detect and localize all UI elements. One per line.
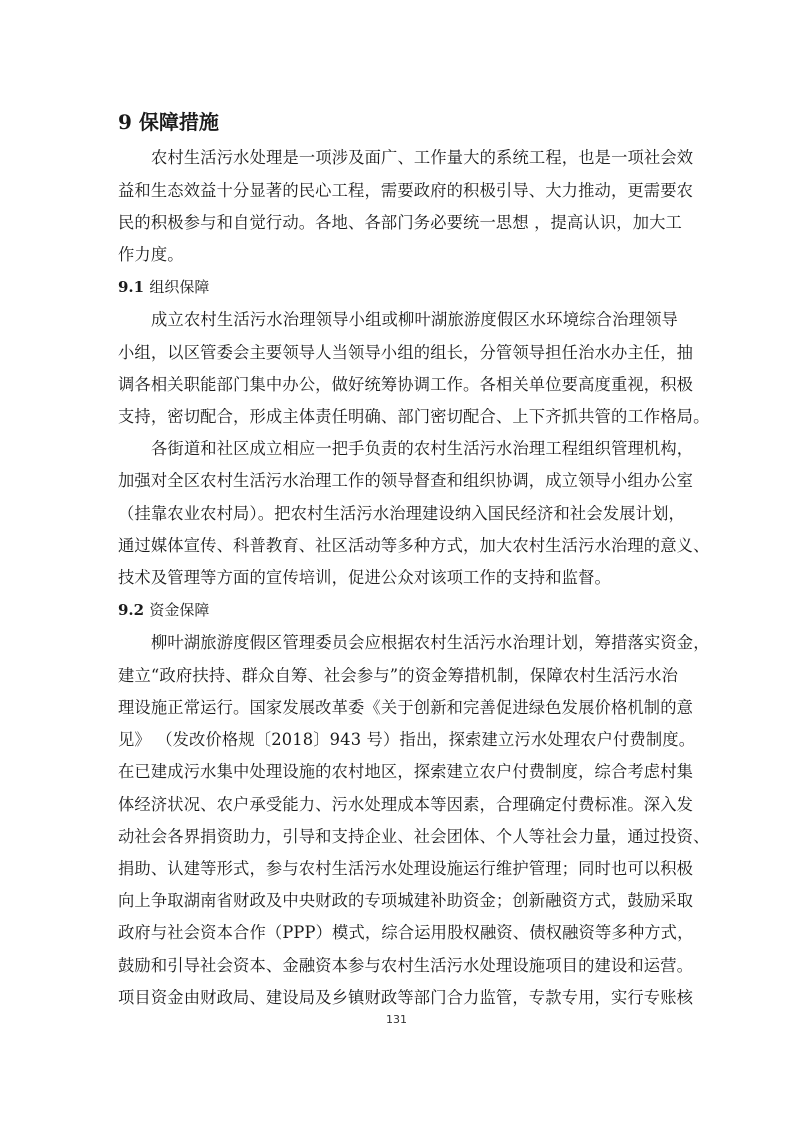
paragraph-line: 在已建成污水集中处理设施的农村地区，探索建立农户付费制度，综合考虑村集	[118, 762, 678, 782]
paragraph-line: 捐助、认建等形式，参与农村生活污水处理设施运行维护管理；同时也可以积极	[118, 859, 678, 879]
paragraph-line: 通过媒体宣传、科普教育、社区活动等多种方式，加大农村生活污水治理的意义、	[118, 536, 678, 556]
subsection-number: 9.2	[118, 601, 144, 619]
subsection-title: 资金保障	[149, 601, 209, 619]
document-page: 9 保障措施 农村生活污水处理是一项涉及面广、工作量大的系统工程，也是一项社会效…	[0, 0, 793, 1122]
subsection-heading-9-2: 9.2 资金保障	[118, 599, 209, 620]
paragraph-line: 调各相关职能部门集中办公，做好统筹协调工作。各相关单位要高度重视，积极	[118, 375, 678, 395]
paragraph-line: 向上争取湖南省财政及中央财政的专项城建补助资金；创新融资方式，鼓励采取	[118, 891, 678, 911]
page-number: 131	[0, 1013, 793, 1026]
paragraph-line: 鼓励和引导社会资本、金融资本参与农村生活污水处理设施项目的建设和运营。	[118, 956, 678, 976]
paragraph-line: 小组，以区管委会主要领导人当领导小组的组长，分管领导担任治水办主任，抽	[118, 343, 678, 363]
section-title: 9 保障措施	[118, 106, 219, 135]
subsection-heading-9-1: 9.1 组织保障	[118, 276, 209, 297]
paragraph-line: 见》 （发改价格规〔2018〕943 号）指出，探索建立污水处理农户付费制度。	[118, 730, 678, 750]
paragraph-line: 成立农村生活污水治理领导小组或柳叶湖旅游度假区水环境综合治理领导	[151, 310, 678, 330]
paragraph-line: 各街道和社区成立相应一把手负责的农村生活污水治理工程组织管理机构，	[151, 439, 678, 459]
paragraph-line: 政府与社会资本合作（PPP）模式，综合运用股权融资、债权融资等多种方式，	[118, 923, 678, 943]
paragraph-line: 建立“政府扶持、群众自筹、社会参与”的资金筹措机制，保障农村生活污水治	[118, 666, 678, 686]
paragraph-line: 体经济状况、农户承受能力、污水处理成本等因素，合理确定付费标准。深入发	[118, 795, 678, 815]
paragraph-line: 支持，密切配合，形成主体责任明确、部门密切配合、上下齐抓共管的工作格局。	[118, 407, 678, 427]
paragraph-line: 农村生活污水处理是一项涉及面广、工作量大的系统工程，也是一项社会效	[151, 148, 678, 168]
paragraph-line: 益和生态效益十分显著的民心工程，需要政府的积极引导、大力推动，更需要农	[118, 181, 678, 201]
paragraph-line: 技术及管理等方面的宣传培训，促进公众对该项工作的支持和监督。	[118, 568, 678, 588]
paragraph-line: 作力度。	[118, 245, 678, 265]
paragraph-line: 理设施正常运行。国家发展改革委《关于创新和完善促进绿色发展价格机制的意	[118, 698, 678, 718]
paragraph-line: 项目资金由财政局、建设局及乡镇财政等部门合力监管，专款专用，实行专账核	[118, 988, 678, 1008]
paragraph-line: 动社会各界捐资助力，引导和支持企业、社会团体、个人等社会力量，通过投资、	[118, 827, 678, 847]
paragraph-line: 民的积极参与和自觉行动。各地、各部门务必要统一思想 ，提高认识，加大工	[118, 213, 678, 233]
paragraph-line: 柳叶湖旅游度假区管理委员会应根据农村生活污水治理计划，筹措落实资金，	[151, 633, 678, 653]
subsection-number: 9.1	[118, 278, 144, 296]
paragraph-line: （挂靠农业农村局）。把农村生活污水治理建设纳入国民经济和社会发展计划，	[118, 504, 678, 524]
subsection-title: 组织保障	[149, 278, 209, 296]
paragraph-line: 加强对全区农村生活污水治理工作的领导督查和组织协调，成立领导小组办公室	[118, 471, 678, 491]
